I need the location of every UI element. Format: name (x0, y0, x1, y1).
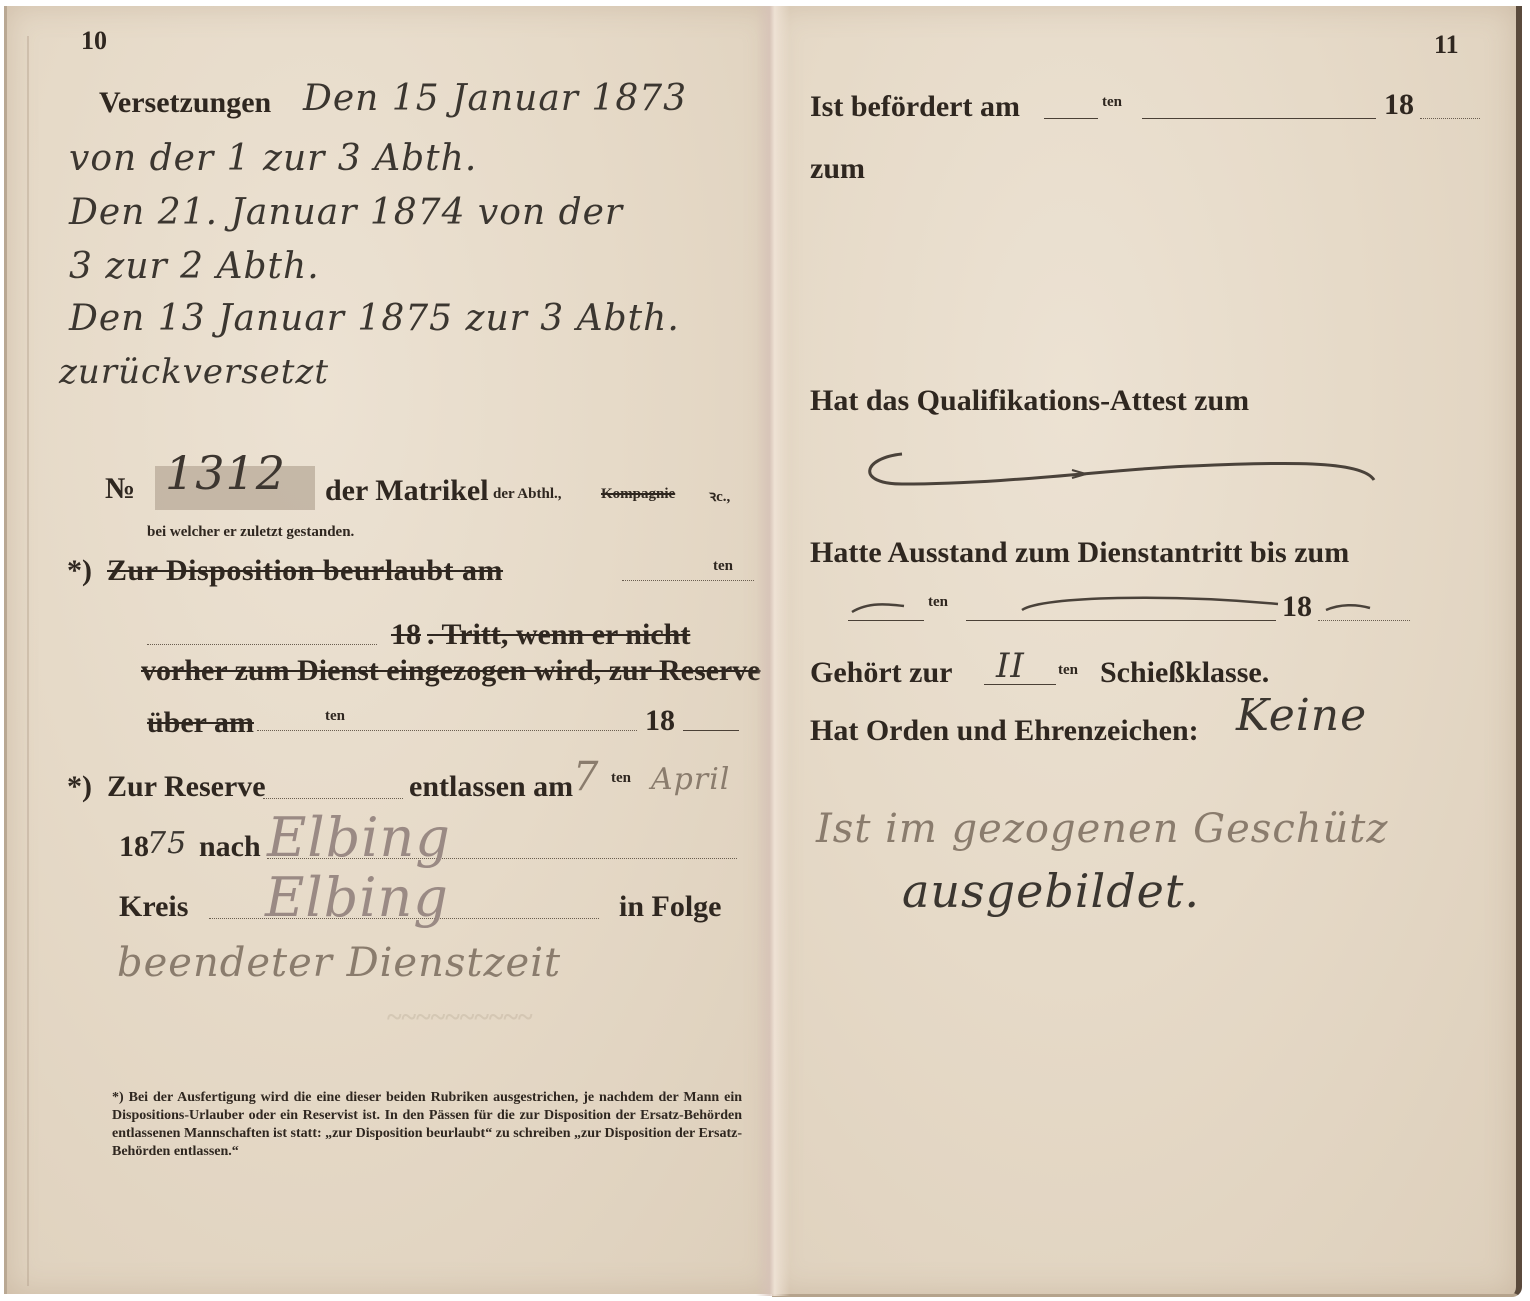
year-prefix: 18 (1282, 590, 1312, 624)
ten-suffix: ten (713, 558, 733, 575)
blank-line (966, 620, 1276, 621)
handwritten-kreis: Elbing (265, 866, 449, 929)
handwritten-line: von der 1 zur 3 Abth. (69, 138, 477, 179)
blank-line (147, 644, 377, 645)
handwritten-day: 7 (573, 754, 599, 800)
show-through-text: ~~~~~~~~~~ (387, 1002, 533, 1034)
matrikel-number: 1312 (165, 446, 286, 500)
year-prefix: 18 (119, 830, 149, 864)
handwritten-month: April (651, 762, 730, 797)
handwritten-line: 3 zur 2 Abth. (69, 246, 320, 287)
cancel-stroke-icon (862, 446, 1382, 496)
handwritten-line: Den 15 Januar 1873 (303, 78, 687, 119)
matrikel-label: der Matrikel (325, 474, 489, 508)
handwritten-reason: beendeter Dienstzeit (117, 940, 561, 986)
cancel-stroke-icon (848, 598, 908, 618)
abthl-text: der Abthl., (493, 486, 562, 503)
blank-line (848, 620, 924, 621)
handwritten-line: Den 21. Januar 1874 von der (69, 192, 623, 233)
handwritten-line: zurückversetzt (59, 352, 329, 392)
blank-line (257, 730, 637, 731)
book-spine (756, 6, 790, 1296)
matrikel-subline: bei welcher er zuletzt gestanden. (147, 524, 354, 541)
handwritten-class: II (996, 646, 1025, 686)
blank-line (1044, 118, 1098, 119)
befoerdert-label: Ist befördert am (810, 90, 1020, 124)
page-number: 11 (1434, 30, 1459, 60)
year-prefix: 18 (391, 618, 421, 652)
ten-suffix: ten (1102, 94, 1122, 111)
year-prefix: 18 (1384, 88, 1414, 122)
cancel-stroke-icon (1012, 592, 1282, 616)
footnote-marker: *) (67, 770, 92, 804)
zum-label: zum (810, 152, 865, 186)
page-number: 10 (81, 26, 107, 56)
etc-text: ꝛc., (709, 486, 730, 506)
qualifikation-label: Hat das Qualifikations-Attest zum (810, 384, 1249, 418)
disposition-line-4: über am (147, 706, 254, 740)
blank-line (263, 798, 403, 799)
year-prefix: 18 (645, 704, 675, 738)
blank-line (683, 730, 739, 731)
in-folge-label: in Folge (619, 890, 722, 924)
ten-suffix: ten (611, 770, 631, 787)
page-edge-fold (27, 36, 29, 1286)
number-sign: № (105, 472, 135, 506)
handwritten-place: Elbing (267, 806, 451, 869)
orden-label: Hat Orden und Ehrenzeichen: (810, 714, 1199, 748)
handwritten-remark: Ist im gezogenen Geschütz (816, 806, 1388, 852)
cancel-stroke-icon (1324, 602, 1374, 616)
footnote: *) Bei der Ausfertigung wird die eine di… (112, 1089, 742, 1161)
ausstand-label: Hatte Ausstand zum Dienstantritt bis zum (810, 536, 1349, 570)
footnote-marker: *) (67, 554, 92, 588)
schiessklasse-label-start: Gehört zur (810, 656, 952, 690)
handwritten-orden: Keine (1236, 690, 1367, 741)
blank-line (1142, 118, 1376, 119)
disposition-line-3: vorher zum Dienst eingezogen wird, zur R… (141, 654, 761, 688)
left-page: 10 Versetzungen Den 15 Januar 1873 von d… (4, 6, 775, 1294)
reserve-label: Zur Reserve (107, 770, 266, 804)
nach-label: nach (199, 830, 261, 864)
disposition-line-1: Zur Disposition beurlaubt am (107, 554, 503, 588)
open-booklet: 10 Versetzungen Den 15 Januar 1873 von d… (4, 6, 1516, 1296)
versetzungen-label: Versetzungen (99, 86, 271, 120)
kreis-label: Kreis (119, 890, 188, 924)
struck-kompagnie: Kompagnie (601, 486, 675, 503)
handwritten-remark: ausgebildet. (902, 864, 1200, 918)
entlassen-label: entlassen am (409, 770, 573, 804)
handwritten-line: Den 13 Januar 1875 zur 3 Abth. (69, 298, 680, 339)
ten-suffix: ten (325, 708, 345, 725)
blank-line (1318, 620, 1410, 621)
right-page: 11 Ist befördert am ten 18 zum Hat das Q… (772, 6, 1522, 1297)
handwritten-year: 75 (147, 826, 187, 861)
ten-suffix: ten (1058, 662, 1078, 679)
blank-line (1420, 118, 1480, 119)
ten-suffix: ten (928, 594, 948, 611)
disposition-line-2: . Tritt, wenn er nicht (427, 618, 757, 652)
blank-line (622, 580, 754, 581)
schiessklasse-label-end: Schießklasse. (1100, 656, 1269, 690)
